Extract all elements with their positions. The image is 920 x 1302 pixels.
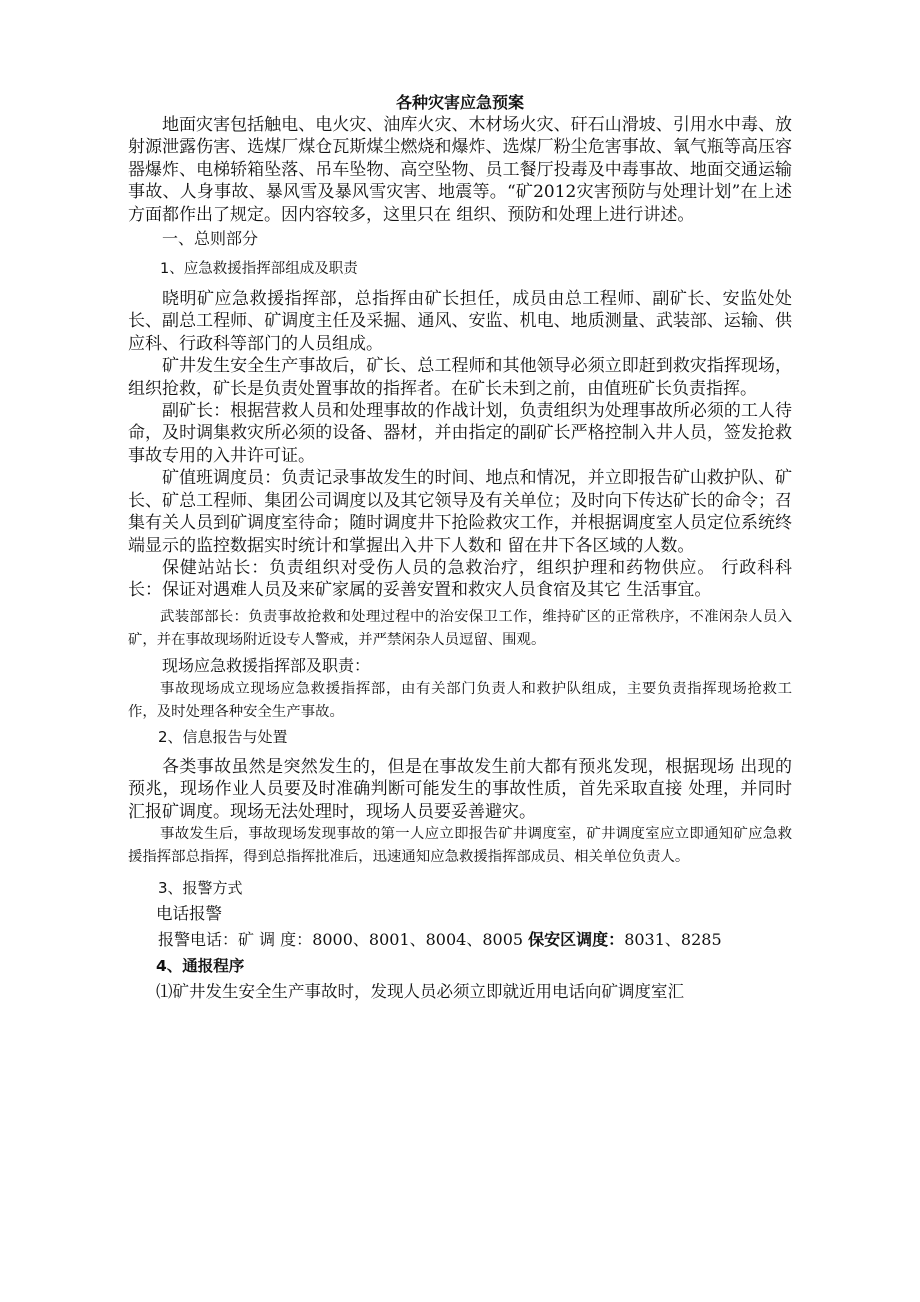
security-dispatch-label: 保安区调度： — [528, 930, 624, 949]
subsection-heading-notification: 4、通报程序 — [128, 953, 792, 979]
phone-label: 报警电话：矿 调 度： — [158, 930, 312, 949]
paragraph-onsite-command: 事故现场成立现场应急救援指挥部，由有关部门负责人和救护队组成，主要负责指挥现场抢… — [128, 678, 792, 724]
subsection-heading-command: 1、应急救援指挥部组成及职责 — [128, 256, 792, 282]
subsection-heading-reporting: 2、信息报告与处置 — [128, 724, 792, 750]
phone-mine-numbers: 8000、8001、8004、8005 — [312, 930, 523, 949]
document-page: 各种灾害应急预案 地面灾害包括触电、电火灾、油库火灾、木材场火灾、矸石山滑坡、引… — [128, 92, 792, 1005]
alarm-method: 电话报警 — [128, 901, 792, 927]
paragraph-reporting-1: 各类事故虽然是突然发生的，但是在事故发生前大都有预兆发现，根据现场 出现的预兆，… — [128, 756, 792, 823]
paragraph-health-station: 保健站站长：负责组织对受伤人员的急救治疗，组织护理和药物供应。 行政科科长：保证… — [128, 557, 792, 602]
paragraph-deputy-director: 副矿长：根据营救人员和处理事故的作战计划，负责组织为处理事故所必须的工人待命，及… — [128, 400, 792, 467]
phone-security-numbers: 8031、8285 — [624, 930, 721, 949]
paragraph-command-composition: 晓明矿应急救援指挥部，总指挥由矿长担任，成员由总工程师、副矿长、安监处处长、副总… — [128, 288, 792, 355]
document-title: 各种灾害应急预案 — [128, 92, 792, 114]
paragraph-mine-director: 矿井发生安全生产事故后，矿长、总工程师和其他领导必须立即赶到救灾指挥现场，组织抢… — [128, 355, 792, 400]
alarm-phone-line: 报警电话：矿 调 度：8000、8001、8004、8005 保安区调度：803… — [128, 927, 792, 953]
paragraph-dispatcher: 矿值班调度员：负责记录事故发生的时间、地点和情况，并立即报告矿山救护队、矿长、矿… — [128, 467, 792, 557]
intro-paragraph: 地面灾害包括触电、电火灾、油库火灾、木材场火灾、矸石山滑坡、引用水中毒、放射源泄… — [128, 114, 792, 226]
notification-item-1: ⑴矿井发生安全生产事故时，发现人员必须立即就近用电话向矿调度室汇 — [128, 979, 792, 1005]
paragraph-armed-dept: 武装部部长：负责事故抢救和处理过程中的治安保卫工作，维持矿区的正常秩序，不准闲杂… — [128, 606, 792, 652]
onsite-command-heading: 现场应急救援指挥部及职责： — [128, 654, 792, 678]
subsection-heading-alarm: 3、报警方式 — [128, 875, 792, 901]
section-heading-general: 一、总则部分 — [128, 226, 792, 252]
paragraph-reporting-2: 事故发生后，事故现场发现事故的第一人应立即报告矿井调度室，矿井调度室应立即通知矿… — [128, 823, 792, 869]
